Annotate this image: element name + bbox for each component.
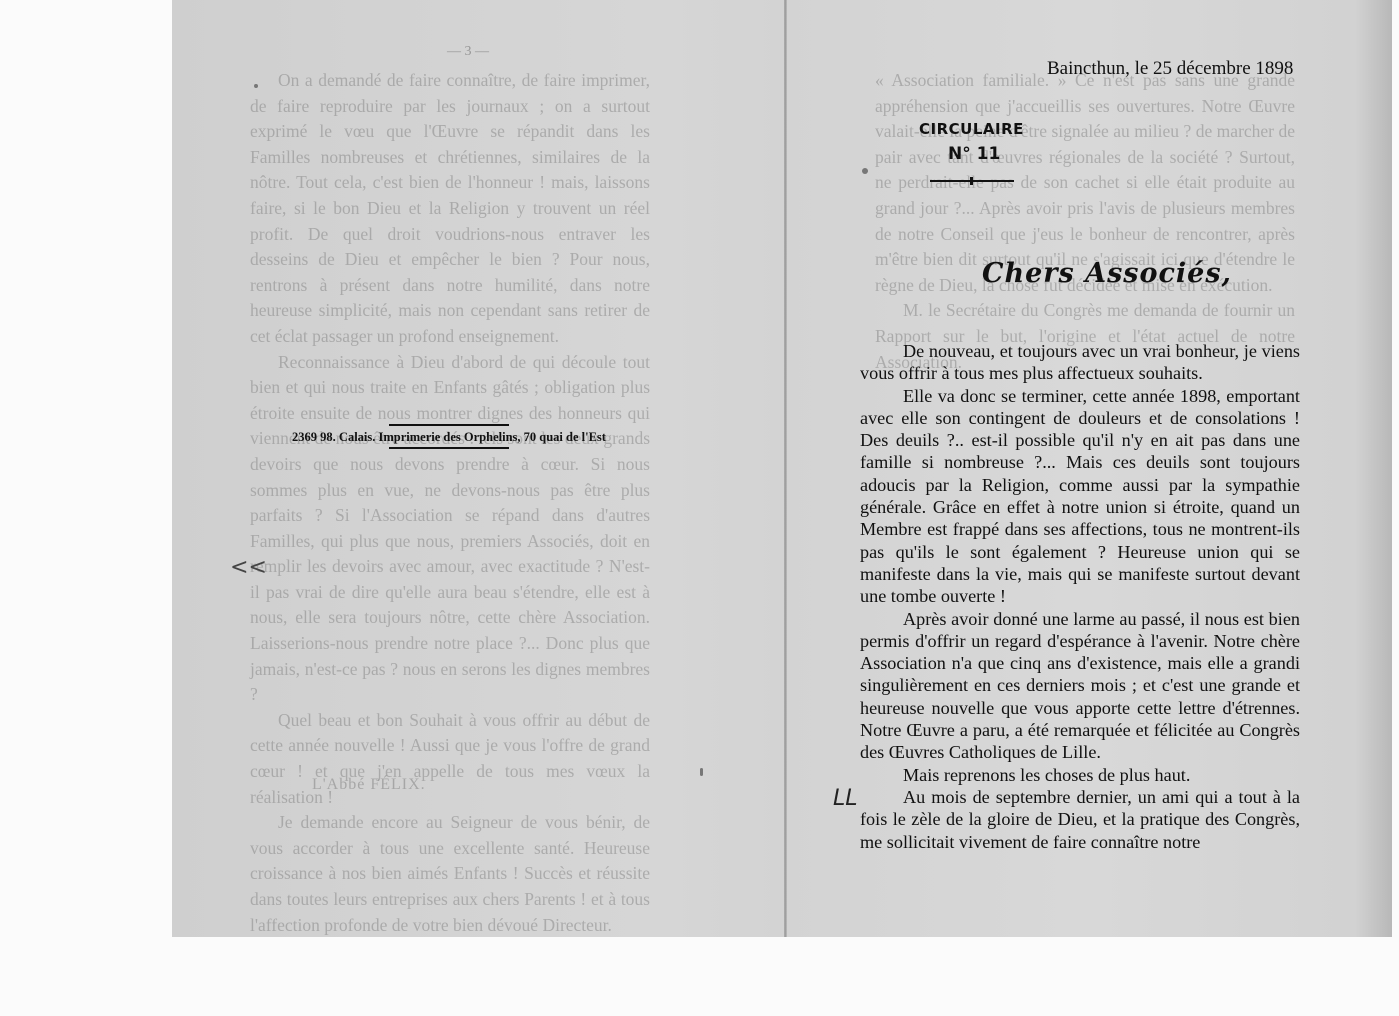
signature: L'Abbé FÉLIX. — [312, 776, 426, 794]
letter-body: De nouveau, et toujours avec un vrai bon… — [860, 340, 1300, 853]
margin-mark: LL — [833, 786, 858, 811]
printer-imprint: 2369 98. Calais. Imprimerie des Orphelin… — [254, 424, 644, 449]
show-through-text: « Association familiale. » Ce n'est pas … — [875, 68, 1295, 375]
ghost-paragraph: Je demande encore au Seigneur de vous bé… — [250, 810, 650, 938]
margin-mark: >> — [230, 555, 267, 580]
paragraph: Mais reprenons les choses de plus haut. — [860, 764, 1300, 786]
speck — [862, 168, 868, 174]
show-through-text: On a demandé de faire connaître, de fair… — [250, 68, 650, 938]
speck — [254, 84, 258, 88]
dateline: Baincthun, le 25 décembre 1898 — [1047, 58, 1293, 80]
page-number: — 3 — — [447, 44, 489, 60]
paragraph: Elle va donc se terminer, cette année 18… — [860, 385, 1300, 608]
ghost-paragraph: Quel beau et bon Souhait à vous offrir a… — [250, 708, 650, 810]
ghost-paragraph: On a demandé de faire connaître, de fair… — [250, 68, 650, 350]
salutation: Chers Associés, — [982, 258, 1232, 289]
paragraph: De nouveau, et toujours avec un vrai bon… — [860, 340, 1300, 385]
left-page: — 3 — On a demandé de faire connaître, d… — [172, 0, 784, 937]
paragraph: Au mois de septembre dernier, un ami qui… — [860, 786, 1300, 853]
circular-number: N° 11 — [948, 144, 1000, 164]
ghost-paragraph: Reconnaissance à Dieu d'abord de qui déc… — [250, 350, 650, 708]
paragraph: Après avoir donné une larme au passé, il… — [860, 608, 1300, 764]
rule — [389, 424, 509, 426]
rule — [389, 447, 509, 449]
right-page: « Association familiale. » Ce n'est pas … — [787, 0, 1392, 937]
ornamental-rule — [930, 180, 1014, 182]
printer-line: 2369 98. Calais. Imprimerie des Orphelin… — [292, 430, 606, 444]
circular-label: CIRCULAIRE — [919, 120, 1024, 138]
speck — [700, 768, 703, 776]
